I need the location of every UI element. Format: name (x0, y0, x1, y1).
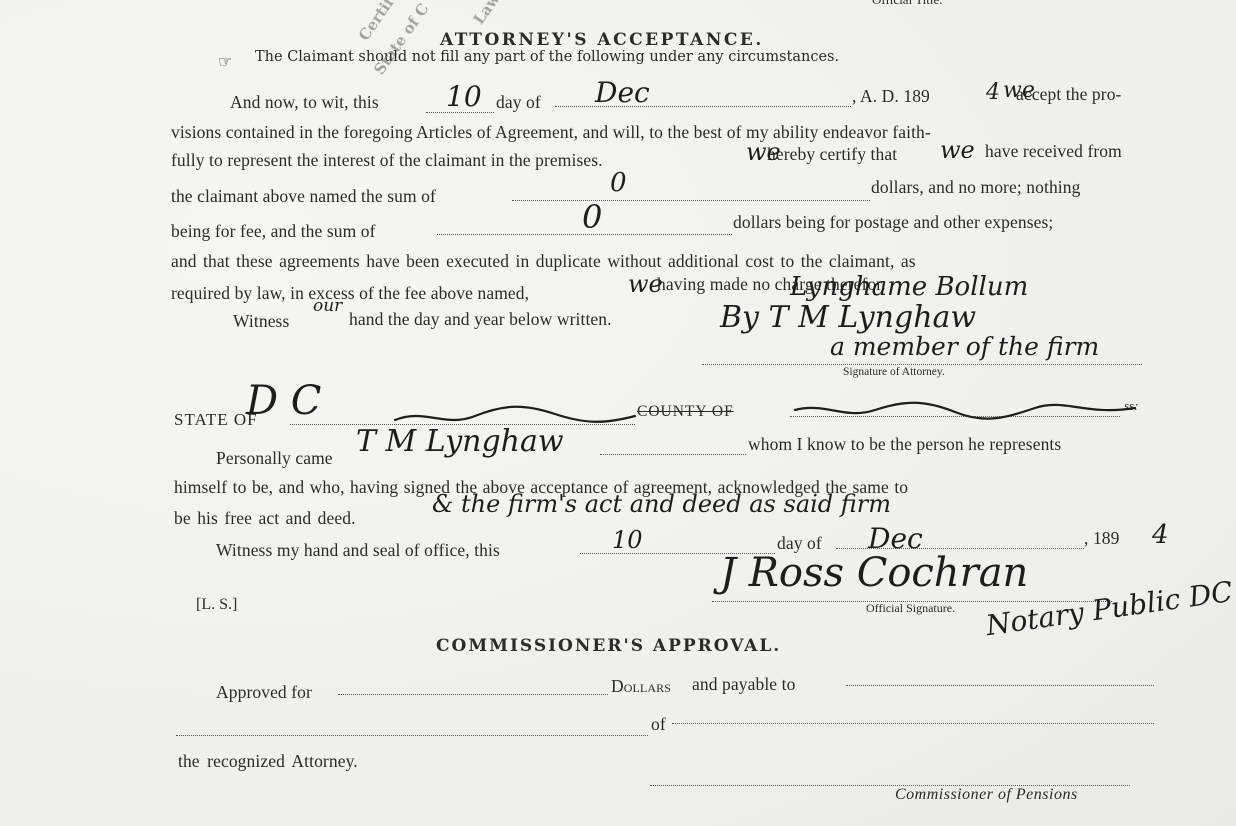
acceptance-line-4b: dollars, and no more; nothing (871, 177, 1080, 198)
payee-line[interactable] (176, 734, 648, 736)
attorney-signature-line (702, 363, 1142, 365)
notary-line-1b: whom I know to be the person he represen… (748, 434, 1061, 455)
hand-we-3: we (940, 136, 975, 164)
signature-of-attorney-label: Signature of Attorney. (843, 366, 945, 378)
hand-state-value: D C (246, 378, 321, 424)
commissioner-approval-heading: COMMISSIONER'S APPROVAL. (436, 636, 781, 656)
attorney-acceptance-heading: ATTORNEY'S ACCEPTANCE. (440, 30, 764, 50)
acceptance-line-5b: dollars being for postage and other expe… (733, 212, 1053, 233)
acceptance-line-3b: hereby certify that (767, 144, 897, 165)
fee-sum-line (512, 199, 870, 201)
claimant-notice: The Claimant should not fill any part of… (255, 49, 839, 65)
person-field-line (600, 453, 746, 455)
hand-notary-signature: J Ross Cochran (720, 550, 1028, 596)
acceptance-line-3c: have received from (985, 141, 1122, 162)
notary-line-3: be his free act and deed. (174, 508, 356, 529)
payable-to-line[interactable] (846, 684, 1154, 686)
acceptance-line-8a: Witness (233, 311, 289, 332)
stamp-line-3: Law (470, 0, 504, 28)
acceptance-line-8b: hand the day and year below written. (349, 309, 612, 330)
hand-our: our (313, 296, 342, 316)
approval-line-1c: and payable to (692, 674, 795, 695)
hand-firm-act: & the firm's act and deed as said firm (432, 490, 891, 518)
hand-by-signer: By T M Lynghaw (720, 300, 976, 335)
hand-we-2: we (746, 138, 781, 166)
acceptance-line-1a: And now, to wit, this (230, 92, 379, 113)
hand-notary-day: 10 (612, 526, 643, 554)
official-title-label: Official Title. (872, 0, 943, 8)
approval-line-1a: Approved for (216, 682, 312, 703)
acceptance-line-1b: day of (496, 92, 541, 113)
seal-label: [L. S.] (196, 596, 237, 614)
official-signature-label: Official Signature. (866, 601, 955, 616)
approval-line-3: the recognized Attorney. (178, 751, 358, 772)
hand-notary-year: 4 (1152, 520, 1169, 550)
acceptance-line-2: visions contained in the foregoing Artic… (171, 122, 931, 143)
acceptance-line-5a: being for fee, and the sum of (171, 221, 376, 242)
hand-we-4: we (628, 270, 663, 298)
acceptance-line-3a: fully to represent the interest of the c… (171, 150, 603, 171)
acceptance-line-4a: the claimant above named the sum of (171, 186, 436, 207)
acceptance-line-6: and that these agreements have been exec… (171, 251, 916, 272)
hand-person-name: T M Lynghaw (356, 424, 564, 459)
approval-of-label: of (651, 714, 666, 735)
hand-postage-sum: 0 (582, 198, 602, 236)
hand-day: 10 (446, 80, 482, 113)
acceptance-line-7a: required by law, in excess of the fee ab… (171, 283, 529, 304)
pointing-hand-icon: ☞ (218, 52, 232, 71)
hand-fee-sum: 0 (610, 168, 627, 198)
payee-location-line[interactable] (672, 722, 1154, 724)
pension-form-page: Official Title. Certif State of C Law AT… (0, 0, 1236, 826)
hand-month: Dec (595, 76, 650, 109)
notary-line-4c: , 189 (1084, 528, 1120, 549)
approval-line-1b: Dollars (611, 676, 671, 697)
hand-member-note: a member of the firm (830, 332, 1099, 361)
notary-line-4a: Witness my hand and seal of office, this (216, 540, 500, 561)
hand-we-1: we (1003, 78, 1035, 103)
commissioner-of-pensions-label: Commissioner of Pensions (895, 786, 1078, 804)
hand-firm-name: Lynghame Bollum (790, 272, 1028, 302)
hand-year-digit: 4 (986, 80, 1000, 105)
notary-line-1a: Personally came (216, 448, 333, 469)
acceptance-line-1c: , A. D. 189 (852, 86, 930, 107)
approved-amount-line[interactable] (338, 693, 608, 695)
